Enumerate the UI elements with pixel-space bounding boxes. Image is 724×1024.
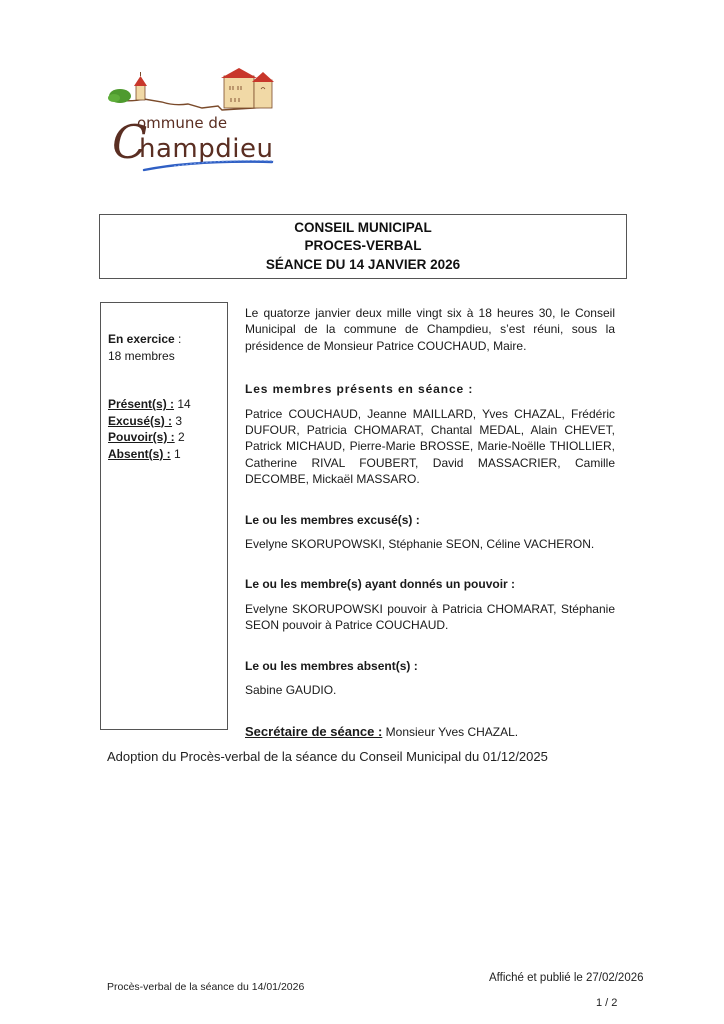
absent-members-heading: Le ou les membres absent(s) : <box>245 658 615 674</box>
page-number: 1 / 2 <box>596 997 617 1009</box>
en-exercice-block: En exercice : 18 membres <box>108 331 181 364</box>
absent-members-list: Sabine GAUDIO. <box>245 682 615 698</box>
secretary-name: Monsieur Yves CHAZAL. <box>382 725 518 739</box>
champdieu-logo-graphic: C ommune de hampdieu <box>104 62 284 174</box>
excuse-label: Excusé(s) : <box>108 414 172 428</box>
intro-paragraph: Le quatorze janvier deux mille vingt six… <box>245 305 615 354</box>
excused-members-heading: Le ou les membres excusé(s) : <box>245 512 615 528</box>
logo-line2: hampdieu <box>139 134 273 164</box>
present-label: Présent(s) : <box>108 397 174 411</box>
attendance-counts: Présent(s) : 14 Excusé(s) : 3 Pouvoir(s)… <box>108 396 191 462</box>
session-secretary: Secrétaire de séance : Monsieur Yves CHA… <box>245 724 615 740</box>
attendance-summary: En exercice : 18 membres Présent(s) : 14… <box>100 302 228 730</box>
header-session-date: SÉANCE DU 14 JANVIER 2026 <box>266 256 460 275</box>
present-members-heading: Les membres présents en séance : <box>245 381 615 397</box>
pouvoir-count: 2 <box>175 430 185 444</box>
present-members-list: Patrice COUCHAUD, Jeanne MAILLARD, Yves … <box>245 406 615 488</box>
en-exercice-value: 18 membres <box>108 348 181 365</box>
commune-logo: C ommune de hampdieu <box>104 62 284 174</box>
en-exercice-sep: : <box>175 332 182 346</box>
present-count: 14 <box>174 397 191 411</box>
excused-members-list: Evelyne SKORUPOWSKI, Stéphanie SEON, Cél… <box>245 536 615 552</box>
header-subtitle: PROCES-VERBAL <box>304 237 421 256</box>
excuse-count: 3 <box>172 414 182 428</box>
pouvoir-label: Pouvoir(s) : <box>108 430 175 444</box>
absent-count: 1 <box>171 447 181 461</box>
secretary-label: Secrétaire de séance : <box>245 724 382 739</box>
footer-publication-date: Affiché et publié le 27/02/2026 <box>489 972 644 984</box>
logo-line1: ommune de <box>137 114 227 132</box>
en-exercice-label: En exercice <box>108 332 175 346</box>
agenda-item-adoption: Adoption du Procès-verbal de la séance d… <box>107 749 548 764</box>
proxy-members-heading: Le ou les membre(s) ayant donnés un pouv… <box>245 576 615 592</box>
session-details: Le quatorze janvier deux mille vingt six… <box>245 305 615 740</box>
footer-document-ref: Procès-verbal de la séance du 14/01/2026 <box>107 981 304 993</box>
proxy-members-list: Evelyne SKORUPOWSKI pouvoir à Patricia C… <box>245 601 615 634</box>
absent-label: Absent(s) : <box>108 447 171 461</box>
document-header: CONSEIL MUNICIPAL PROCES-VERBAL SÉANCE D… <box>99 214 627 279</box>
header-title: CONSEIL MUNICIPAL <box>294 219 432 238</box>
